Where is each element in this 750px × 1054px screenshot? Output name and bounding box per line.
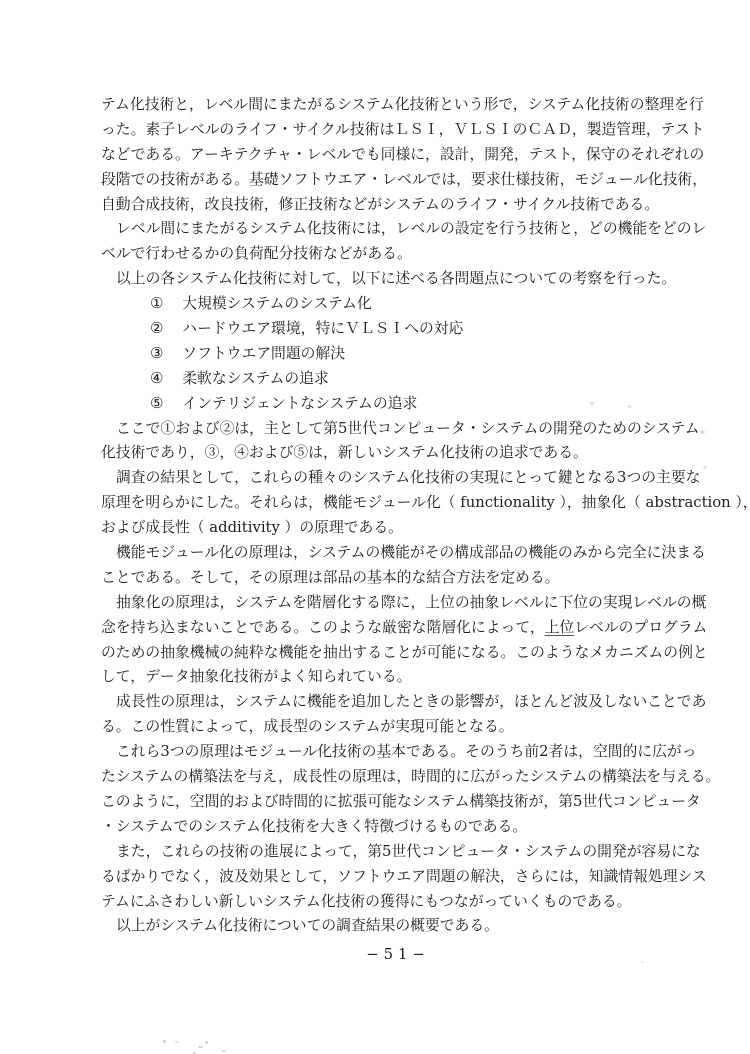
text-line: 化技術であり，③，④および⑤は，新しいシステム化技術の追求である。 xyxy=(101,441,701,466)
text-line: ことである。そして，その原理は部品の基本的な結合方法を定める。 xyxy=(101,566,701,591)
circled-number: ① xyxy=(150,292,163,317)
text-line: 成長性の原理は，システムに機能を追加したときの影響が，ほとんど波及しないことであ xyxy=(101,690,701,715)
scan-speck xyxy=(700,430,705,434)
text-line: 抽象化の原理は，システムを階層化する際に，上位の抽象レベルに下位の実現レベルの概 xyxy=(101,591,701,616)
text-line: して，データ抽象化技術がよく知られている。 xyxy=(101,665,701,690)
circled-number: ② xyxy=(150,317,163,342)
text-line: ベルで行わせるかの負荷配分技術などがある。 xyxy=(101,242,701,267)
list-item: ⑤インテリジェントなシステムの追求 xyxy=(101,392,701,417)
list-item-label: インテリジェントなシステムの追求 xyxy=(182,395,417,412)
text-line: これら3つの原理はモジュール化技術の基本である。そのうち前2者は，空間的に広がっ xyxy=(101,740,701,765)
text-line: 以上の各システム化技術に対して，以下に述べる各問題点についての考察を行った。 xyxy=(101,267,701,292)
text-line: る。この性質によって，成長型のシステムが実現可能となる。 xyxy=(101,715,701,740)
underlined-text: 上位 xyxy=(545,619,575,636)
text-segment: レベルのプログラム xyxy=(574,619,707,636)
scan-speck xyxy=(641,961,644,963)
document-text: テム化技術と，レベル間にまたがるシステム化技術という形で，システム化技術の整理を… xyxy=(101,93,701,939)
list-item: ③ソフトウエア問題の解決 xyxy=(101,342,701,367)
document-page: テム化技術と，レベル間にまたがるシステム化技術という形で，システム化技術の整理を… xyxy=(0,0,750,1054)
list-item: ②ハードウエア環境，特にＶＬＳＩへの対応 xyxy=(101,317,701,342)
text-line: テム化技術と，レベル間にまたがるシステム化技術という形で，システム化技術の整理を… xyxy=(101,93,701,118)
text-line: 自動合成技術，改良技術，修正技術などがシステムのライフ・サイクル技術である。 xyxy=(101,193,701,218)
list-item-label: 大規模システムのシステム化 xyxy=(182,295,371,312)
text-line: 機能モジュール化の原理は，システムの機能がその構成部品の機能のみから完全に決まる xyxy=(101,541,701,566)
list-item: ④柔軟なシステムの追求 xyxy=(101,367,701,392)
text-line: ここで①および②は，主として第5世代コンピュータ・システムの開発のためのシステム xyxy=(101,417,701,442)
list-item-label: ハードウエア環境，特にＶＬＳＩへの対応 xyxy=(182,320,463,337)
text-line: また，これらの技術の進展によって，第5世代コンピュータ・システムの開発が容易にな xyxy=(101,840,701,865)
text-line: 段階での技術がある。基礎ソフトウエア・レベルでは，要求仕様技術，モジュール化技術… xyxy=(101,168,701,193)
circled-number: ③ xyxy=(150,342,163,367)
text-line: るばかりでなく，波及効果として，ソフトウエア問題の解決，さらには，知識情報処理シ… xyxy=(101,865,701,890)
list-item: ①大規模システムのシステム化 xyxy=(101,292,701,317)
text-segment: 念を持ち込まないことである。このような厳密な階層化によって， xyxy=(101,619,545,636)
text-line: レベル間にまたがるシステム化技術には，レベルの設定を行う技術と，どの機能をどのレ xyxy=(101,217,701,242)
scan-speck xyxy=(590,402,594,405)
scan-speck xyxy=(703,466,707,469)
scan-speck xyxy=(175,1041,178,1043)
page-number: −51− xyxy=(101,946,695,963)
text-line: 原理を明らかにした。それらは，機能モジュール化（ functionality ）… xyxy=(101,491,701,516)
circled-number: ⑤ xyxy=(150,392,163,417)
text-line: このように，空間的および時間的に拡張可能なシステム構築技術が，第5世代コンピュー… xyxy=(101,790,701,815)
list-item-label: 柔軟なシステムの追求 xyxy=(182,370,329,387)
text-line: ・システムでのシステム化技術を大きく特徴づけるものである。 xyxy=(101,815,701,840)
text-line: 念を持ち込まないことである。このような厳密な階層化によって，上位レベルのプログラ… xyxy=(101,616,701,641)
text-line: および成長性（ additivity ）の原理である。 xyxy=(101,516,701,541)
scan-speck xyxy=(198,1046,203,1048)
text-line: テムにふさわしい新しいシステム化技術の獲得にもつながっていくものである。 xyxy=(101,890,701,915)
text-line: った。素子レベルのライフ・サイクル技術はＬＳＩ，ＶＬＳＩのＣＡＤ，製造管理，テス… xyxy=(101,118,701,143)
scan-speck xyxy=(163,1040,166,1043)
list-item-label: ソフトウエア問題の解決 xyxy=(182,345,345,362)
text-line: のための抽象機械の純粋な機能を抽出することが可能になる。このようなメカニズムの例… xyxy=(101,641,701,666)
text-line: たシステムの構築法を与え，成長性の原理は，時間的に広がったシステムの構築法を与え… xyxy=(101,765,701,790)
circled-number: ④ xyxy=(150,367,163,392)
text-line: 以上がシステム化技術についての調査結果の概要である。 xyxy=(101,914,701,939)
scan-speck xyxy=(205,1041,208,1044)
text-line: などである。アーキテクチャ・レベルでも同様に，設計，開発，テスト，保守のそれぞれ… xyxy=(101,143,701,168)
scan-speck xyxy=(221,1050,226,1052)
scan-speck xyxy=(438,283,441,286)
scan-speck xyxy=(627,405,632,408)
text-line: 調査の結果として，これらの種々のシステム化技術の実現にとって鍵となる3つの主要な xyxy=(101,466,701,491)
